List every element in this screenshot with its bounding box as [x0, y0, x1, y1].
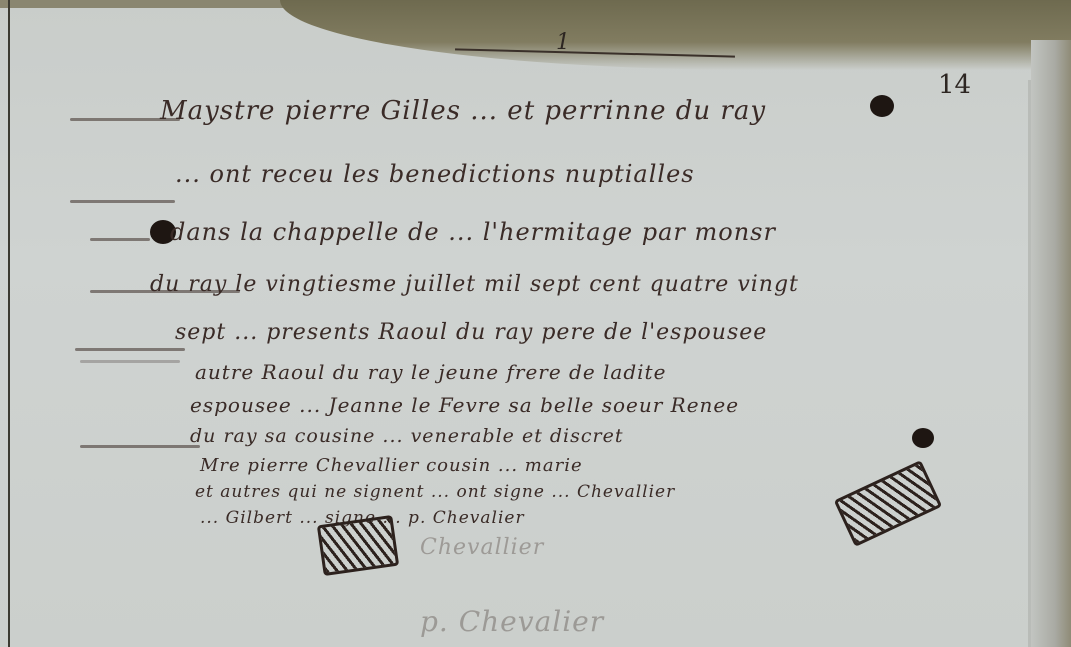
page-right-edge — [1031, 40, 1071, 647]
entry-line-2: ... ont receu les benedictions nuptialle… — [175, 160, 695, 188]
signature-mark — [317, 515, 399, 576]
signature-mark — [834, 460, 943, 547]
entry-line-10: et autres qui ne signent ... ont signe .… — [195, 482, 675, 502]
entry-line-8: du ray sa cousine ... venerable et discr… — [190, 425, 623, 447]
binding-line — [8, 0, 10, 647]
entry-line-7: espousee ... Jeanne le Fevre sa belle so… — [190, 393, 739, 417]
entry-line-9: Mre pierre Chevallier cousin ... marie — [200, 455, 583, 476]
margin-stroke — [80, 445, 200, 448]
page-fold — [1028, 80, 1031, 647]
bleed-through-text: p. Chevalier — [420, 605, 604, 638]
ink-blot — [912, 428, 934, 448]
ink-blot — [870, 95, 894, 117]
register-page: 1 14 Maystre pierre Gilles ... et perrin… — [0, 0, 1071, 647]
margin-stroke — [70, 200, 175, 203]
bleed-through-text: Chevallier — [420, 535, 544, 560]
entry-line-1: Maystre pierre Gilles ... et perrinne du… — [160, 96, 766, 126]
entry-line-3: dans la chappelle de ... l'hermitage par… — [170, 218, 776, 246]
margin-stroke — [80, 360, 180, 363]
margin-stroke — [75, 348, 185, 351]
margin-stroke — [90, 238, 150, 241]
page-shadow — [280, 0, 1071, 70]
folio-number: 14 — [938, 70, 971, 100]
entry-line-5: sept ... presents Raoul du ray pere de l… — [175, 320, 767, 345]
entry-line-6: autre Raoul du ray le jeune frere de lad… — [195, 360, 666, 384]
entry-line-4: du ray le vingtiesme juillet mil sept ce… — [150, 272, 799, 297]
